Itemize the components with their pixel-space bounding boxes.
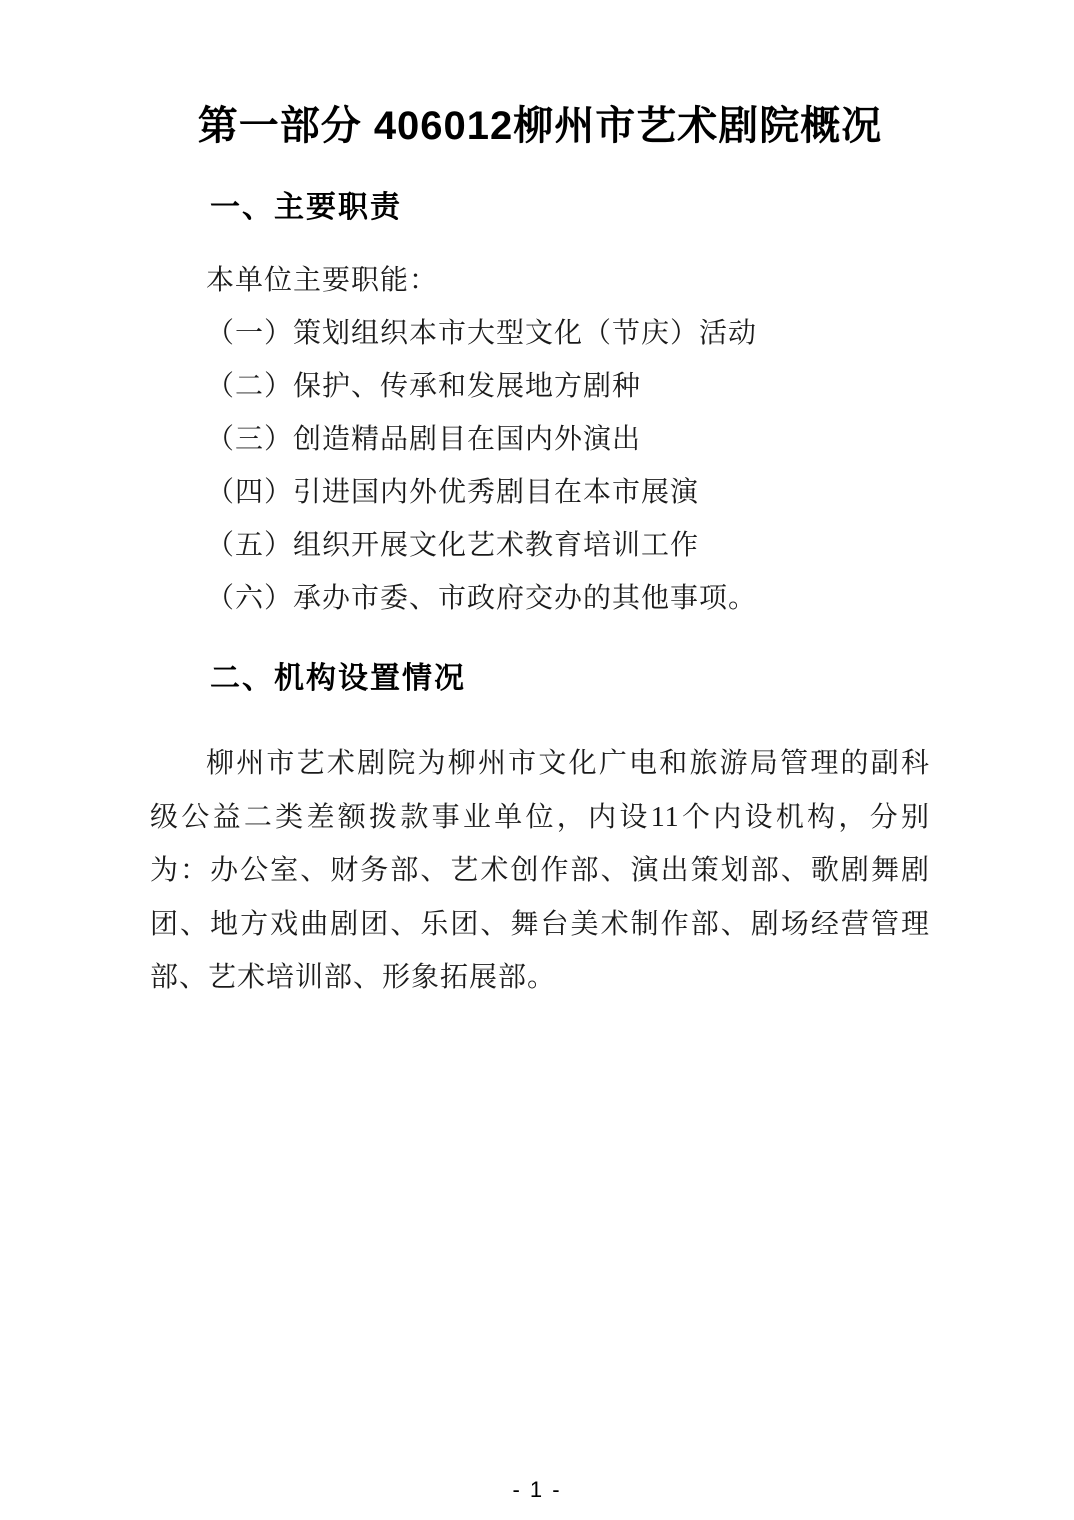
duty-item-1: （一）策划组织本市大型文化（节庆）活动 [150, 307, 930, 360]
duty-item-6: （六）承办市委、市政府交办的其他事项。 [150, 572, 930, 625]
document-title: 第一部分 406012柳州市艺术剧院概况 [150, 100, 930, 152]
duty-item-5: （五）组织开展文化艺术教育培训工作 [150, 519, 930, 572]
page-number: - 1 - [0, 1478, 1074, 1502]
duties-intro-line: 本单位主要职能： [150, 254, 930, 307]
section-heading-main-duties: 一、主要职责 [150, 190, 930, 226]
duty-item-2: （二）保护、传承和发展地方剧种 [150, 360, 930, 413]
organization-paragraph: 柳州市艺术剧院为柳州市文化广电和旅游局管理的副科级公益二类差额拨款事业单位，内设… [150, 737, 930, 1005]
duty-item-3: （三）创造精品剧目在国内外演出 [150, 413, 930, 466]
section-heading-organization: 二、机构设置情况 [150, 661, 930, 697]
duty-item-4: （四）引进国内外优秀剧目在本市展演 [150, 466, 930, 519]
document-page: 第一部分 406012柳州市艺术剧院概况 一、主要职责 本单位主要职能： （一）… [0, 0, 1074, 1520]
